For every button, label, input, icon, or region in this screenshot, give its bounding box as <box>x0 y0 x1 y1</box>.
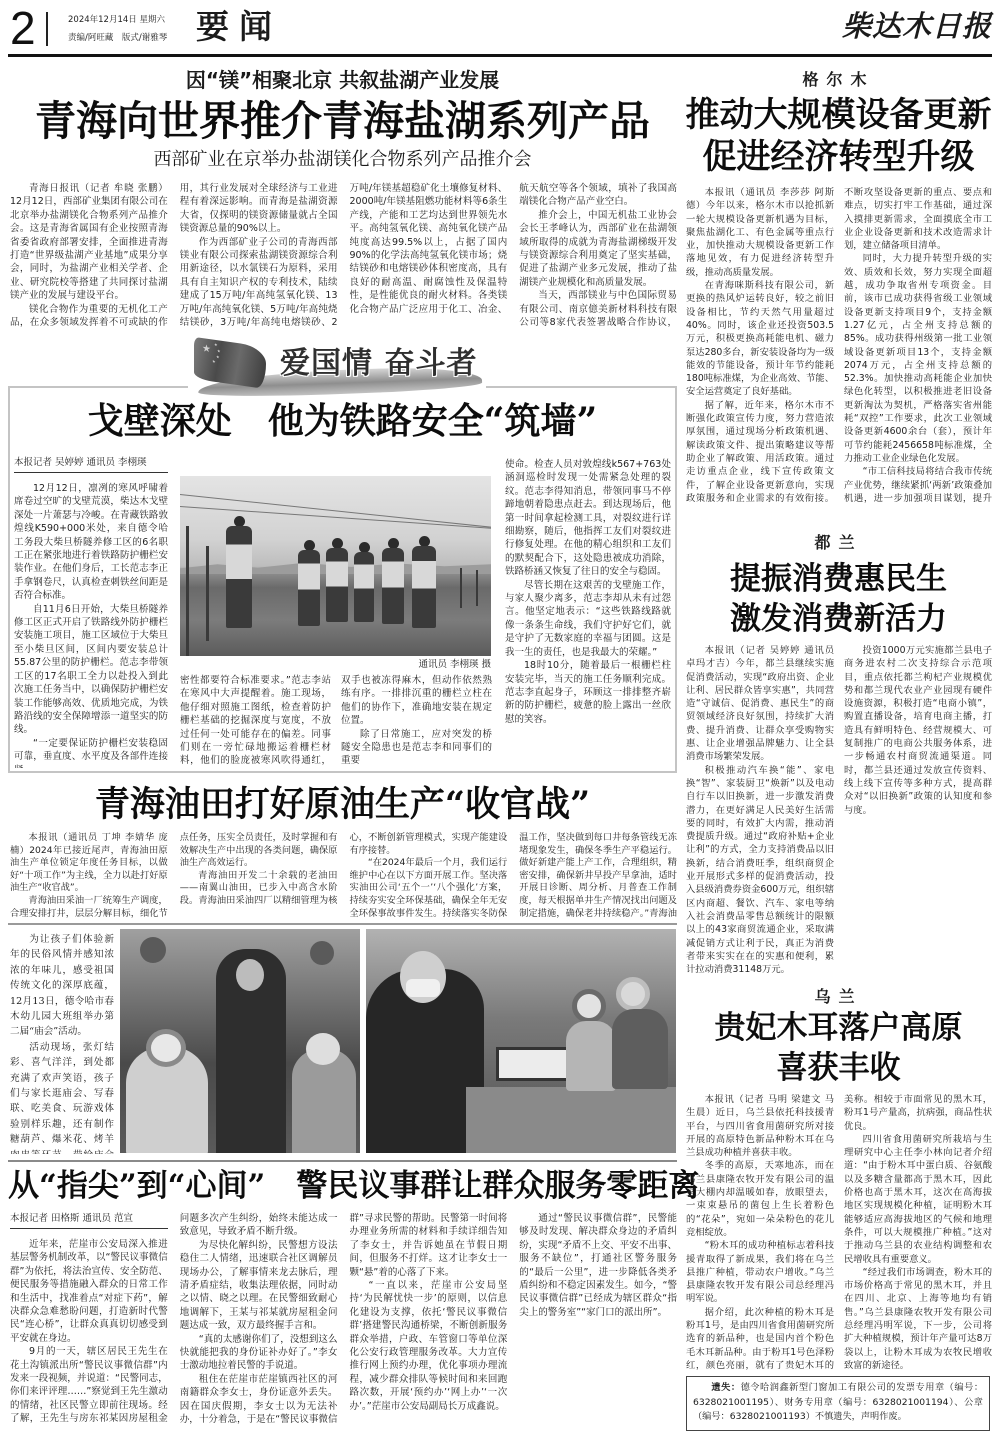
section-divider <box>8 923 677 925</box>
activity-table <box>466 1087 676 1153</box>
photo-credit: 通讯员 李栩瑛 摄 <box>180 658 491 671</box>
child-figure <box>566 1021 616 1091</box>
child-face <box>572 989 606 1023</box>
lost-notice: 遗失：德令哈润鑫新型门窗加工有限公司的发票专用章（编号：632802100119… <box>686 1376 990 1431</box>
headline-line: 激发消费新活力 <box>685 599 992 639</box>
issue-date: 2024年12月14日 星期六 <box>68 13 165 25</box>
paragraph: 为尽快化解纠纷，民警想方设法稳住二人情绪，迅速联合社区调解员现场办公，了解事情来… <box>180 1239 338 1333</box>
article-body: 本报记者 田格斯 通讯员 范宣 近年来，茫崖市公安局深入推进基层警务机制改革，以… <box>10 1212 677 1432</box>
paragraph: 本报讯（记者 吴婷婷 通讯员 卓玛才吉）今年，都兰县继续实施促消费活动，实现“政… <box>686 644 834 764</box>
headline-line: 贵妃木耳落户高原 <box>685 1008 992 1048</box>
lantern <box>310 941 334 965</box>
headline-line: 促进经济转型升级 <box>685 136 992 178</box>
paragraph: 青海日报讯（记者 牟晓 张鹏）12月12日，西部矿业集团有限公司在北京举办盐湖镁… <box>10 182 168 303</box>
paragraph: “一直以来，茫崖市公安局坚持‘为民解忧快一步’的原则，以信息化建设为支撑，依托‘… <box>350 1279 508 1413</box>
paragraph: 自11月6日开始，大柴旦桥隧养修工区正式开启了铁路线外防护栅栏安装施工项目，施工… <box>14 603 168 737</box>
worker-body <box>354 552 374 622</box>
banner-title: 爱国情 奋斗者 <box>280 346 477 382</box>
national-flag-icon: ★ ★ ★ ★ ★ <box>194 337 266 389</box>
notice-label: 遗失： <box>693 1382 741 1393</box>
paragraph: 通过“警民议事微信群”，民警能够及时发现、解决群众身边的矛盾纠纷，实现“矛盾不上… <box>519 1212 677 1319</box>
paragraph: “真的太感谢你们了，没想到这么快就能把我的身份证补办好了。”李女士激动地拉着民警… <box>180 1333 338 1373</box>
article-body: 青海日报讯（记者 牟晓 张鹏）12月12日，西部矿业集团有限公司在北京举办盐湖镁… <box>10 182 677 338</box>
star-icon: ★ <box>202 344 211 355</box>
article-body-middle: 密性都要符合标准要求。”范志李站在寒风中大声提醒着。施工现场，他仔细对照施工图纸… <box>180 674 492 768</box>
paragraph: 近年来，茫崖市公安局深入推进基层警务机制改革，以“警民议事微信群”为依托，将法治… <box>10 1238 168 1345</box>
editor-credits: 责编/阿旺藏 版式/谢雅琴 <box>68 31 167 43</box>
face-mask <box>406 979 440 997</box>
worker-figure <box>226 516 252 628</box>
article-headline: 从“指尖”到“心间” 警民议事群让群众服务零距离 <box>8 1164 677 1208</box>
worker-body <box>226 526 252 628</box>
star-icon: ★ <box>217 349 221 354</box>
article-headline: 戈壁深处 他为铁路安全“筑墙” <box>8 398 677 444</box>
section-divider <box>8 1160 677 1162</box>
paragraph: “一定要保证防护栅栏安装稳固可靠，垂直度、水平度及各部件连接紧 <box>14 737 168 768</box>
paragraph: 本报讯（通讯员 丁坤 李婧华 庞楠）2024年已接近尾声，青海油田原油生产单位锁… <box>10 832 168 895</box>
worker-body <box>382 548 404 624</box>
location-label: 格尔木 <box>685 70 992 90</box>
fence-post <box>186 526 189 656</box>
article-body: 本报讯（记者 马明 梁建文 马生晨）近日，乌兰县依托科技援青平台，与四川省食用菌… <box>686 1093 992 1373</box>
headline-line: 推动大规模设备更新 <box>685 94 992 136</box>
paragraph: 在青海咪斯科技有限公司，新更换的热风炉运转良好，较之前旧设备相比，节约天然气用量… <box>686 279 834 399</box>
newspaper-logo: 柴达木日报 <box>830 6 992 46</box>
star-icon: ★ <box>216 355 220 360</box>
paragraph: 投资1000万元实施都兰县电子商务进农村二次支持综合示范项目，重点依托都兰枸杞产… <box>844 644 992 817</box>
lantern <box>140 937 166 963</box>
paragraph: 除了日常施工，应对突发的桥隧安全隐患也是范志李和同事们的重要 <box>341 728 492 768</box>
photo-caption: 为让孩子们体验新年的民俗风情并感知浓浓的年味儿，感受祖国传统文化的深厚底蕴，12… <box>10 932 114 1154</box>
paragraph: 冬季的高原，天寒地冻，而在乌兰县康隆农牧开发有限公司的温室大棚内却温暖如春，放眼… <box>686 1159 834 1239</box>
paragraph: 18时10分，随着最后一根栅栏柱安装完毕，当天的施工任务顺利完成。范志李直起身子… <box>505 659 671 726</box>
child-face <box>146 1029 186 1067</box>
paragraph: 四川省食用菌研究所栽培与生理研究中心主任李小林向记者介绍道：“由于粉木耳中蛋白质… <box>844 1133 992 1266</box>
masthead-rule <box>8 54 992 57</box>
adult-face <box>236 959 264 991</box>
article-headline: 贵妃木耳落户高原 喜获丰收 <box>685 1008 992 1088</box>
article-body: 本报讯（记者 吴婷婷 通讯员 卓玛才吉）今年，都兰县继续实施促消费活动，实现“政… <box>686 644 992 990</box>
worker-body <box>412 546 436 628</box>
article-body: 本报讯（通讯员 李莎莎 阿斯德）今年以来，格尔木市以抢抓新一轮大规模设备更新机遇… <box>686 186 992 518</box>
location-label: 都兰 <box>685 533 992 553</box>
fence-post <box>476 570 478 606</box>
paragraph: 推介会上，中国无机盐工业协会会长王孝峰认为，西部矿业在盐湖领域所取得的成就为青海… <box>519 209 677 289</box>
paragraph: 本报讯（记者 马明 梁建文 马生晨）近日，乌兰县依托科技援青平台，与四川省食用菌… <box>686 1093 834 1159</box>
paragraph: 同时，大力提升转型升级的实效、质效和长效，努力实现全面超越，成功争取省州专项资金… <box>844 252 992 465</box>
page-number: 2 <box>10 4 36 52</box>
worker-body <box>298 550 320 626</box>
paragraph: 本报讯（通讯员 李莎莎 阿斯德）今年以来，格尔木市以抢抓新一轮大规模设备更新机遇… <box>686 186 834 279</box>
byline: 本报记者 吴婷婷 通讯员 李栩瑛 <box>14 456 168 473</box>
photo-children-crafts-table <box>366 929 676 1153</box>
paragraph: 使命。检查人员对敦煌线k567+763处涵洞巡检时发现一处需紧急处理的裂纹。范志… <box>505 458 671 579</box>
fence-post <box>206 546 209 641</box>
worker-body <box>326 548 348 622</box>
article-headline: 青海油田打好原油生产“收官战” <box>8 782 677 828</box>
article-body: 本报讯（通讯员 丁坤 李婧华 庞楠）2024年已接近尾声，青海油田原油生产单位锁… <box>10 832 677 921</box>
article-body-left: 本报记者 吴婷婷 通讯员 李栩瑛 12月12日，凛冽的寒风呼啸着席卷过空旷的戈壁… <box>14 456 168 768</box>
article-subhead: 西部矿业在京举办盐湖镁化合物系列产品推介会 <box>8 149 677 171</box>
worker-figure <box>412 536 436 628</box>
article-headline: 青海向世界推介青海盐湖系列产品 <box>8 96 677 146</box>
section-title: 要闻 <box>196 8 282 46</box>
masthead-divider <box>46 12 48 46</box>
patriotic-banner: ★ ★ ★ ★ ★ 爱国情 奋斗者 <box>188 338 486 398</box>
child-face <box>616 977 650 1011</box>
worker-figure <box>354 542 374 622</box>
article-headline: 提振消费惠民生 激发消费新活力 <box>685 559 992 639</box>
paragraph: 活动现场，张灯结彩、喜气洋洋，到处都充满了欢声笑语，孩子们与家长逛庙会、写春联、… <box>10 1040 114 1154</box>
child-figure <box>612 1009 668 1089</box>
photo-children-temple-fair <box>120 929 360 1153</box>
worker-figure <box>326 538 348 622</box>
location-label: 乌兰 <box>685 987 992 1007</box>
paragraph: 尽管长期在这艰苦的戈壁施工作，与家人聚少离多，范志李却从未有过怨言。他坚定地表示… <box>505 579 671 659</box>
worker-figure <box>382 538 404 624</box>
article-kicker: 因“镁”相聚北京 共叙盐湖产业发展 <box>8 68 677 92</box>
star-icon: ★ <box>214 343 218 348</box>
newspaper-page: 2 2024年12月14日 星期六 责编/阿旺藏 版式/谢雅琴 要闻 柴达木日报… <box>0 0 1000 1433</box>
headline-line: 喜获丰收 <box>685 1048 992 1088</box>
headline-line: 提振消费惠民生 <box>685 559 992 599</box>
paragraph: “粉木耳的成功种植标志着科技援青取得了新成果，我们将在乌兰县推广种植，带动农户增… <box>686 1239 834 1305</box>
byline: 本报记者 田格斯 通讯员 范宣 <box>10 1212 168 1229</box>
paragraph: “经过我们市场调查，粉木耳的市场价格高于常见的黑木耳，并且在四川、北京、上海等地… <box>844 1266 992 1372</box>
worker-figure <box>298 540 320 626</box>
article-headline: 推动大规模设备更新 促进经济转型升级 <box>685 94 992 178</box>
paragraph: 12月12日，凛冽的寒风呼啸着席卷过空旷的戈壁荒漠，柴达木戈壁深处一片萧瑟与冷峻… <box>14 482 168 603</box>
article-body-right: 使命。检查人员对敦煌线k567+763处涵洞巡检时发现一处需紧急处理的裂纹。范志… <box>505 458 671 768</box>
paragraph: 积极推动汽车换“能”、家电换“智”、家装厨卫“焕新”以及电动自行车以旧换新，进一… <box>686 764 834 977</box>
child-face <box>306 1033 340 1065</box>
photo-railway-fence-workers <box>180 476 491 656</box>
fence-post <box>460 568 462 608</box>
star-icon: ★ <box>212 359 216 364</box>
paragraph: 为让孩子们体验新年的民俗风情并感知浓浓的年味儿，感受祖国传统文化的深厚底蕴，12… <box>10 932 114 1040</box>
